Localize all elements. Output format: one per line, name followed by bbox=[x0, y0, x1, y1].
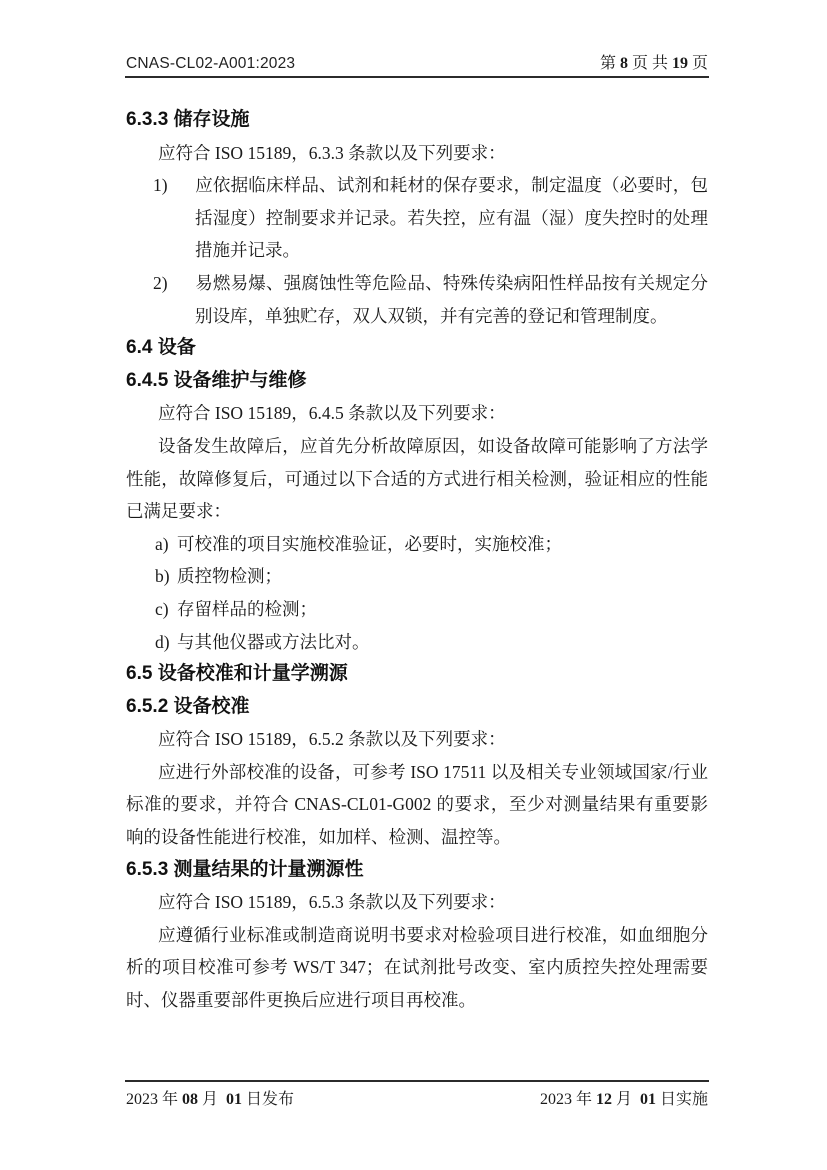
lettered-item-b: b)质控物检测； bbox=[126, 560, 708, 593]
section-heading-6-5: 6.5 设备校准和计量学溯源 bbox=[126, 658, 708, 691]
lettered-item-d: d)与其他仪器或方法比对。 bbox=[126, 626, 708, 659]
section-heading-6-5-3: 6.5.3 测量结果的计量溯源性 bbox=[126, 854, 708, 887]
issue-date-suffix: 日发布 bbox=[242, 1091, 294, 1108]
current-page-number: 8 bbox=[620, 55, 628, 72]
total-page-number: 19 bbox=[672, 55, 688, 72]
numbered-item-1: 1)应依据临床样品、试剂和耗材的保存要求，制定温度（必要时，包括湿度）控制要求并… bbox=[126, 169, 708, 267]
document-page: CNAS-CL02-A001:2023 第 8 页 共 19 页 6.3.3 储… bbox=[0, 0, 827, 1170]
impl-date-year: 2023 年 bbox=[540, 1091, 596, 1108]
item-letter: a) bbox=[155, 528, 177, 561]
section-heading-6-5-2: 6.5.2 设备校准 bbox=[126, 691, 708, 724]
paragraph-equipment-failure: 设备发生故障后，应首先分析故障原因，如设备故障可能影响了方法学性能，故障修复后，… bbox=[126, 430, 708, 528]
paragraph-iso-6-5-2: 应符合 ISO 15189，6.5.2 条款以及下列要求： bbox=[126, 723, 708, 756]
page-number-prefix: 第 bbox=[600, 55, 620, 72]
item-text: 质控物检测； bbox=[177, 566, 282, 586]
section-heading-6-3-3: 6.3.3 储存设施 bbox=[126, 104, 708, 137]
item-text: 与其他仪器或方法比对。 bbox=[177, 632, 370, 652]
lettered-item-c: c)存留样品的检测； bbox=[126, 593, 708, 626]
item-letter: c) bbox=[155, 593, 177, 626]
page-number: 第 8 页 共 19 页 bbox=[600, 50, 708, 73]
footer-rule bbox=[125, 1080, 709, 1082]
paragraph-iso-6-5-3: 应符合 ISO 15189，6.5.3 条款以及下列要求： bbox=[126, 886, 708, 919]
impl-date-day: 01 bbox=[640, 1091, 656, 1108]
page-footer: 2023 年 08 月 01 日发布 2023 年 12 月 01 日实施 bbox=[126, 1086, 708, 1109]
numbered-item-2: 2)易燃易爆、强腐蚀性等危险品、特殊传染病阳性样品按有关规定分别设库，单独贮存，… bbox=[126, 267, 708, 332]
section-heading-6-4-5: 6.4.5 设备维护与维修 bbox=[126, 365, 708, 398]
impl-date-sep: 月 bbox=[612, 1091, 640, 1108]
impl-date-month: 12 bbox=[596, 1091, 612, 1108]
issue-date-day: 01 bbox=[226, 1091, 242, 1108]
issue-date-sep: 月 bbox=[198, 1091, 226, 1108]
item-text: 应依据临床样品、试剂和耗材的保存要求，制定温度（必要时，包括湿度）控制要求并记录… bbox=[195, 175, 708, 260]
paragraph-iso-6-4-5: 应符合 ISO 15189，6.4.5 条款以及下列要求： bbox=[126, 397, 708, 430]
paragraph-iso-6-3-3: 应符合 ISO 15189，6.3.3 条款以及下列要求： bbox=[126, 137, 708, 170]
page-number-middle: 页 共 bbox=[628, 55, 672, 72]
paragraph-external-calibration: 应进行外部校准的设备，可参考 ISO 17511 以及相关专业领域国家/行业标准… bbox=[126, 756, 708, 854]
page-number-suffix: 页 bbox=[688, 55, 708, 72]
impl-date-suffix: 日实施 bbox=[656, 1091, 708, 1108]
paragraph-traceability: 应遵循行业标准或制造商说明书要求对检验项目进行校准，如血细胞分析的项目校准可参考… bbox=[126, 919, 708, 1017]
item-text: 可校准的项目实施校准验证，必要时，实施校准； bbox=[177, 534, 562, 554]
item-text: 易燃易爆、强腐蚀性等危险品、特殊传染病阳性样品按有关规定分别设库，单独贮存，双人… bbox=[195, 273, 708, 326]
item-letter: d) bbox=[155, 626, 177, 659]
item-text: 存留样品的检测； bbox=[177, 599, 317, 619]
item-number: 2) bbox=[153, 267, 195, 300]
issue-date-year: 2023 年 bbox=[126, 1091, 182, 1108]
document-body: 6.3.3 储存设施 应符合 ISO 15189，6.3.3 条款以及下列要求：… bbox=[126, 104, 708, 1017]
page-header: CNAS-CL02-A001:2023 第 8 页 共 19 页 bbox=[126, 50, 708, 73]
issue-date-month: 08 bbox=[182, 1091, 198, 1108]
issue-date: 2023 年 08 月 01 日发布 bbox=[126, 1086, 294, 1109]
section-heading-6-4: 6.4 设备 bbox=[126, 332, 708, 365]
header-rule bbox=[125, 76, 709, 78]
document-code: CNAS-CL02-A001:2023 bbox=[126, 55, 295, 73]
lettered-item-a: a)可校准的项目实施校准验证，必要时，实施校准； bbox=[126, 528, 708, 561]
item-letter: b) bbox=[155, 560, 177, 593]
implementation-date: 2023 年 12 月 01 日实施 bbox=[540, 1086, 708, 1109]
item-number: 1) bbox=[153, 169, 195, 202]
